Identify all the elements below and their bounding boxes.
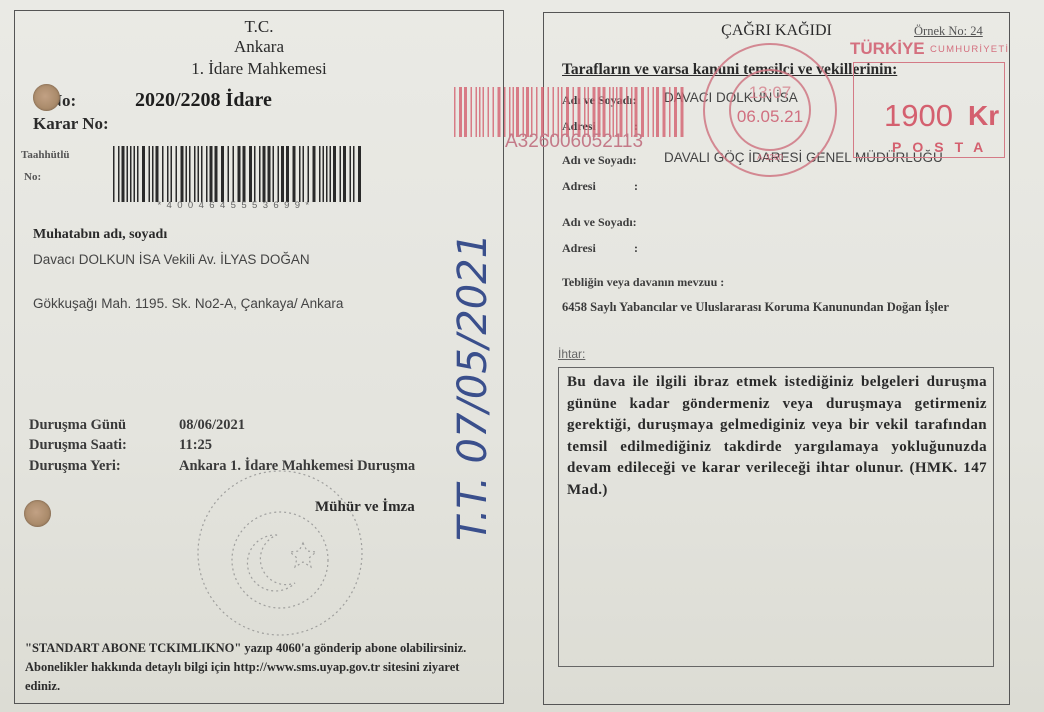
party-2-name-label: Adı ve Soyadı: bbox=[562, 153, 637, 168]
header-court: 1. İdare Mahkemesi bbox=[15, 59, 503, 79]
tracking-barcode bbox=[452, 87, 687, 137]
esas-no-value: 2020/2208 İdare bbox=[135, 89, 272, 112]
party-2-address-label: Adresi bbox=[562, 179, 596, 194]
registered-barcode bbox=[111, 146, 361, 202]
subject-value: 6458 Saylı Yabancılar ve Uluslararası Ko… bbox=[562, 300, 949, 315]
hearing-time-value: 11:25 bbox=[179, 437, 212, 454]
header-city: Ankara bbox=[15, 37, 503, 57]
court-seal-icon bbox=[185, 465, 375, 640]
recipient-address: Gökkuşağı Mah. 1195. Sk. No2-A, Çankaya/… bbox=[33, 296, 343, 311]
svg-text:06.05.21: 06.05.21 bbox=[737, 107, 803, 126]
karar-no-label: Karar No: bbox=[33, 114, 109, 134]
postmark-stamp-icon: 13:07 06.05.21 A-3260 bbox=[700, 40, 840, 180]
party-3-name-label: Adı ve Soyadı: bbox=[562, 215, 637, 230]
svg-text:T.T. 07/05/2021: T.T. 07/05/2021 bbox=[450, 236, 496, 541]
warning-label: İhtar: bbox=[558, 347, 585, 361]
hearing-date-label: Duruşma Günü bbox=[29, 417, 126, 434]
punch-hole bbox=[24, 500, 51, 527]
recipient-label: Muhatabın adı, soyadı bbox=[33, 227, 167, 243]
subject-label: Tebliğin veya davanın mevzuu : bbox=[562, 275, 724, 290]
header-state: T.C. bbox=[15, 17, 503, 37]
svg-text:13:07: 13:07 bbox=[749, 83, 792, 102]
hearing-time-label: Duruşma Saati: bbox=[29, 437, 127, 454]
party-3-address-label: Adresi bbox=[562, 241, 596, 256]
postage-country-suffix: CUMHURİYETİ bbox=[930, 44, 1009, 55]
hearing-place-label: Duruşma Yeri: bbox=[29, 458, 121, 475]
warning-box: Bu dava ile ilgili ibraz etmek istediğin… bbox=[558, 367, 994, 667]
postage-amount: 1900 bbox=[884, 98, 953, 134]
postage-country: TÜRKİYE bbox=[850, 39, 925, 59]
punch-hole bbox=[33, 84, 60, 111]
party-3-address-colon: : bbox=[634, 241, 638, 256]
registered-label: Taahhütlü bbox=[21, 149, 70, 161]
sms-subscription-notice: "STANDART ABONE TCKIMLIKNO" yazıp 4060'a… bbox=[25, 639, 495, 696]
svg-text:A-3260: A-3260 bbox=[757, 153, 783, 162]
hearing-date-value: 08/06/2021 bbox=[179, 417, 245, 434]
party-2-address-colon: : bbox=[634, 179, 638, 194]
postage-unit: Kr bbox=[968, 100, 999, 132]
postage-meter-stamp: TÜRKİYE CUMHURİYETİ 1900 Kr POSTA bbox=[850, 36, 1010, 162]
tracking-barcode-number: A326006052113 bbox=[505, 131, 643, 153]
recipient-name: Davacı DOLKUN İSA Vekili Av. İLYAS DOĞAN bbox=[33, 252, 310, 267]
registered-barcode-number: *4004645553699* bbox=[111, 200, 361, 211]
postage-label: POSTA bbox=[892, 139, 994, 155]
registered-no-label: No: bbox=[24, 171, 41, 183]
handwritten-date-note: T.T. 07/05/2021 bbox=[444, 236, 514, 546]
warning-text: Bu dava ile ilgili ibraz etmek istediğin… bbox=[567, 372, 987, 501]
